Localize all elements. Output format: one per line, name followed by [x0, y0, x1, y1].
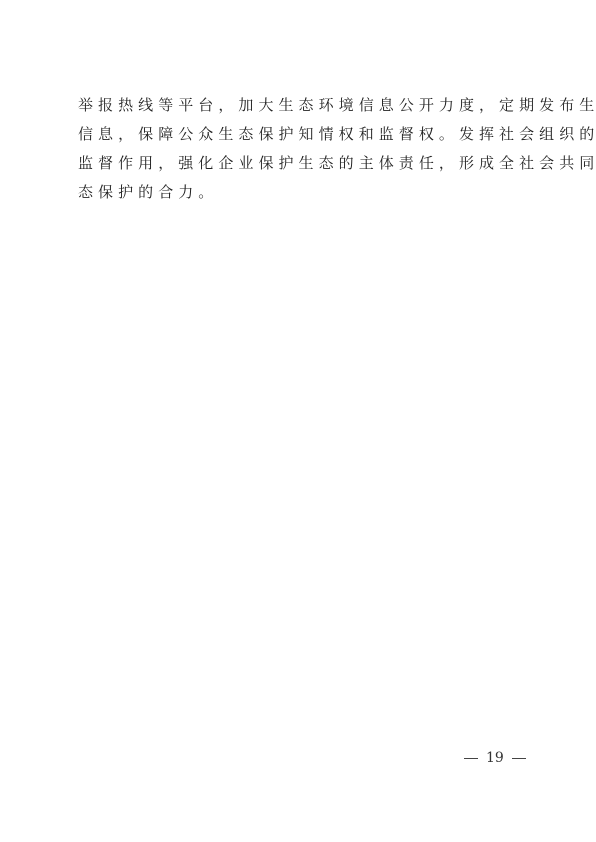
page-number: 19 [486, 750, 504, 766]
body-paragraph: 举报热线等平台，加大生态环境信息公开力度，定期发布生态保护 信息，保障公众生态保… [78, 91, 528, 207]
paragraph-line: 举报热线等平台，加大生态环境信息公开力度，定期发布生态保护 [78, 91, 528, 120]
page-footer: 19 [456, 749, 534, 767]
dash-right-icon [512, 758, 526, 759]
paragraph-line: 信息，保障公众生态保护知情权和监督权。发挥社会组织的引导、 [78, 120, 528, 149]
paragraph-line: 监督作用，强化企业保护生态的主体责任，形成全社会共同参与生 [78, 149, 528, 178]
paragraph-line: 态保护的合力。 [78, 178, 528, 207]
document-page: 举报热线等平台，加大生态环境信息公开力度，定期发布生态保护 信息，保障公众生态保… [0, 0, 596, 842]
dash-left-icon [464, 758, 478, 759]
